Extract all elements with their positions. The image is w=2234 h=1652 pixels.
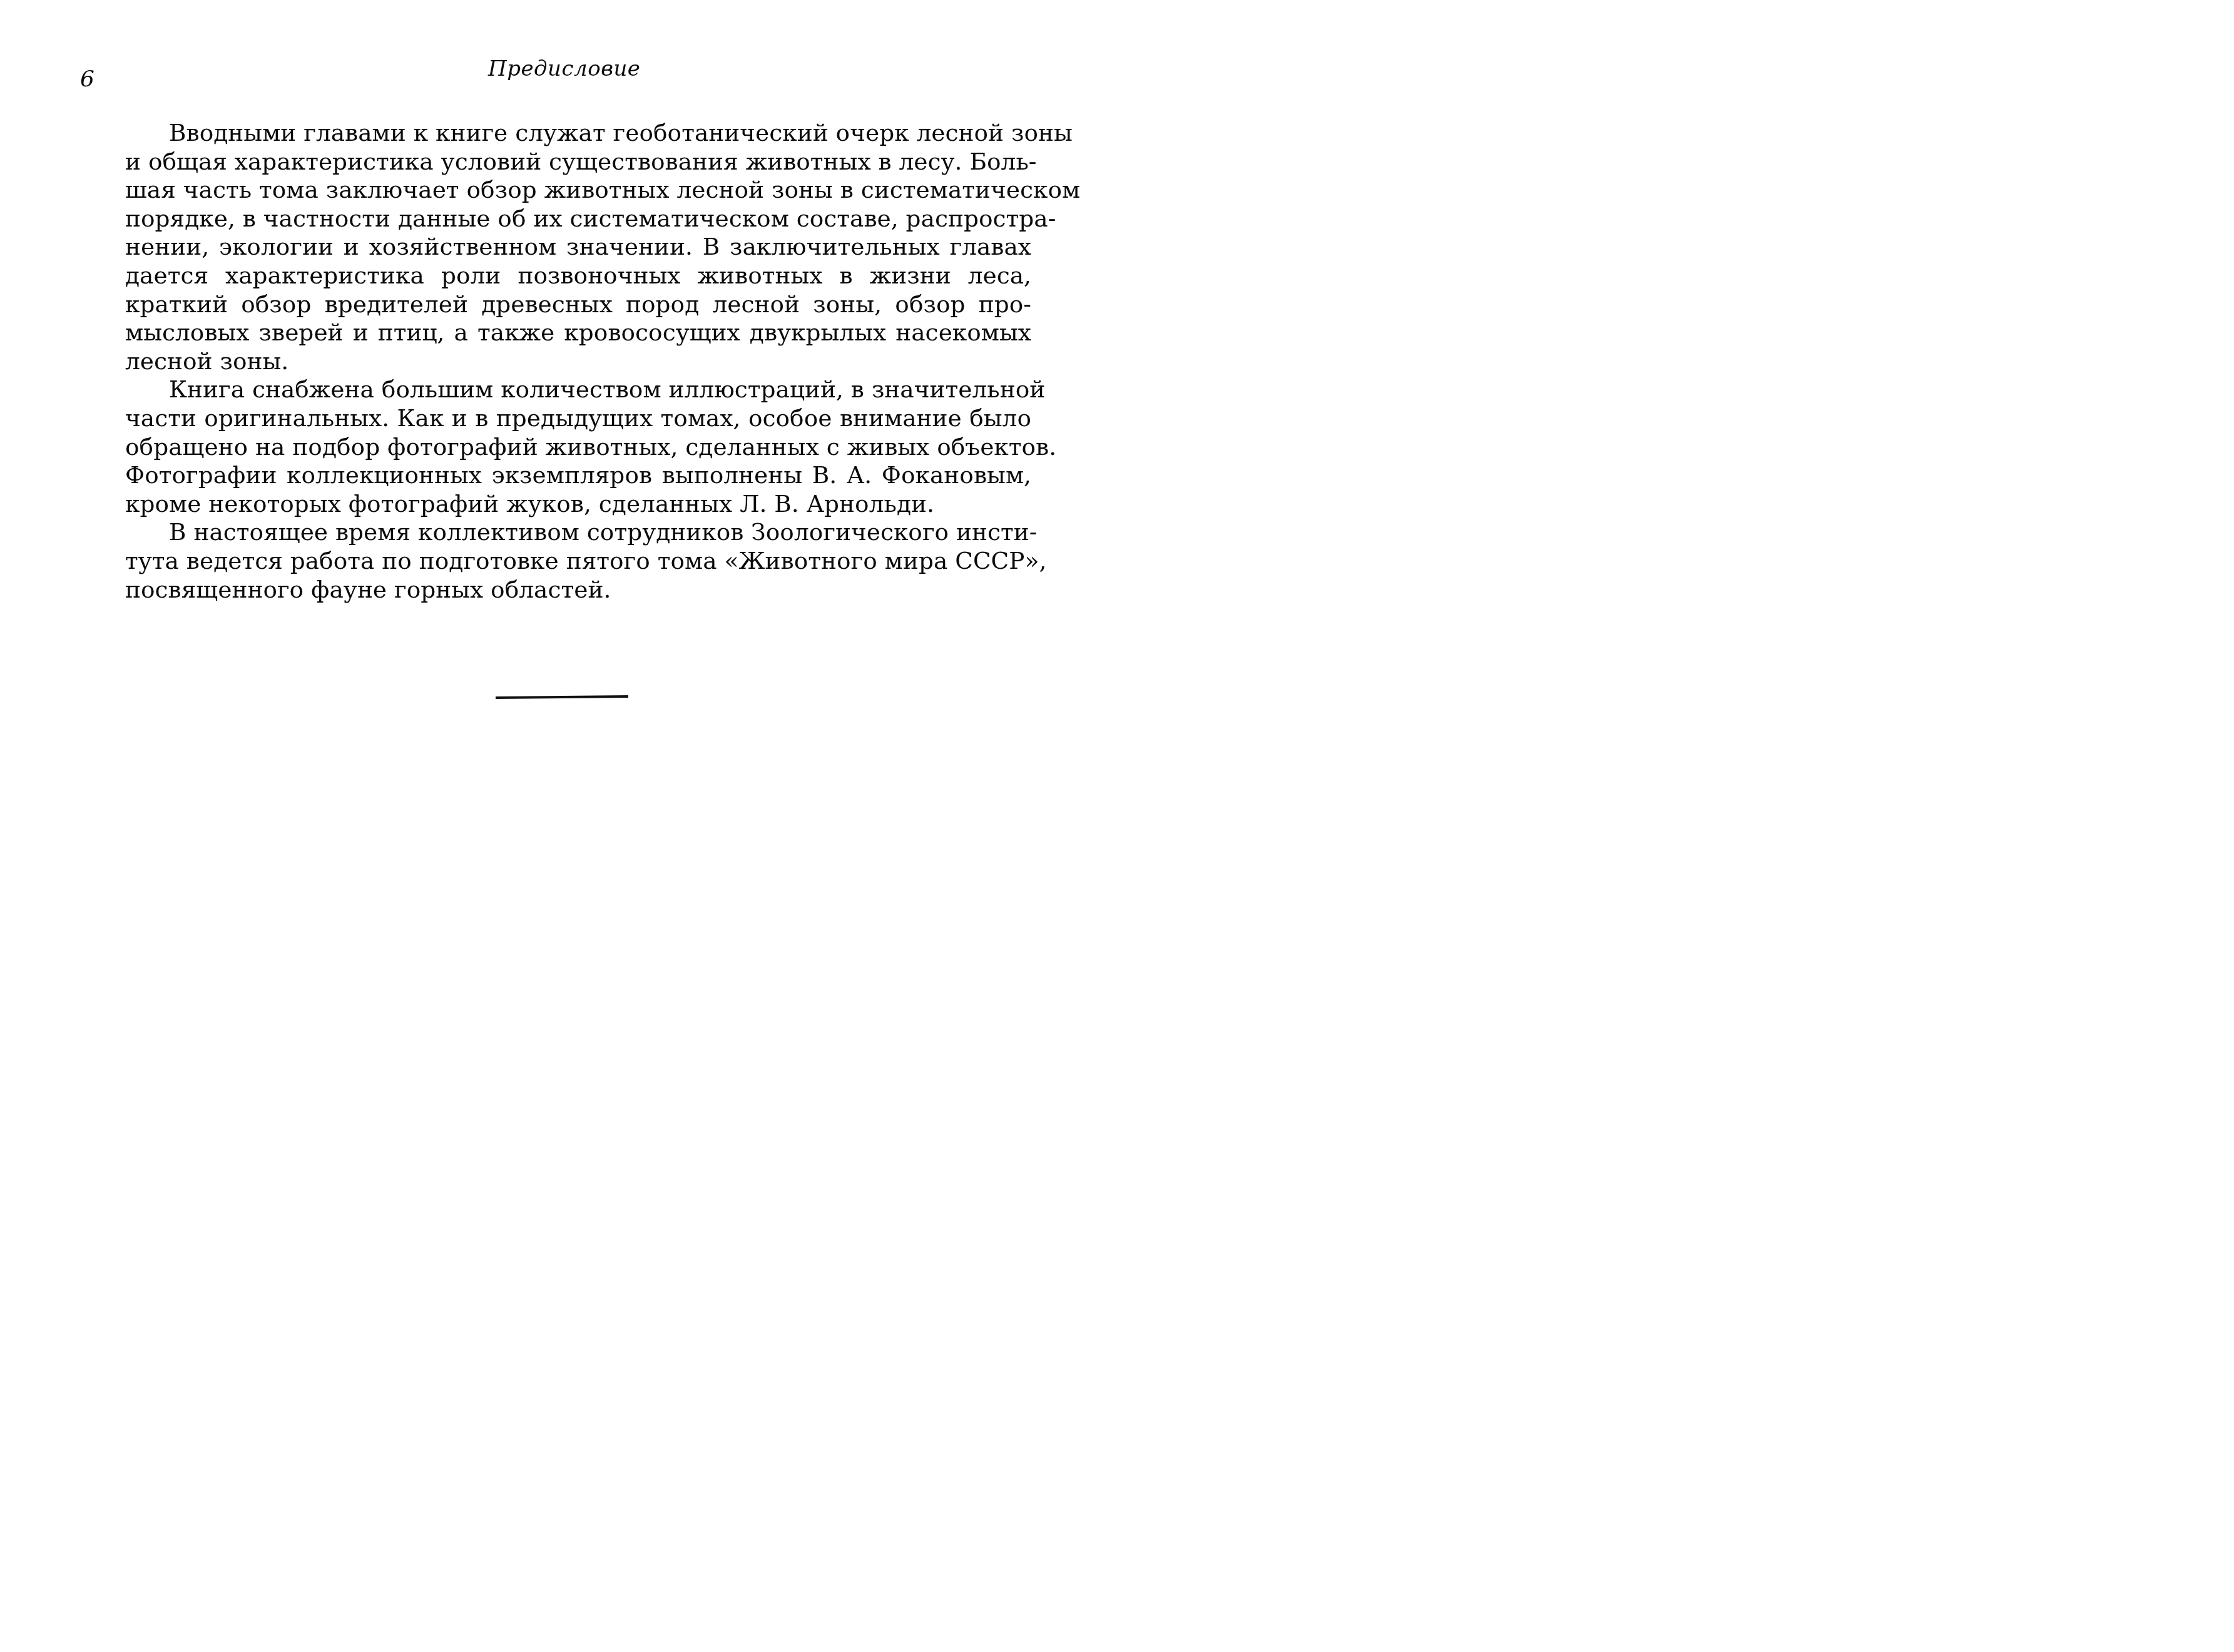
text-line: посвященного фауне горных областей. (125, 576, 1031, 604)
text-line: Книга снабжена большим количеством иллюс… (125, 375, 1031, 404)
paragraph: В настоящее время коллективом сотруднико… (125, 518, 1031, 604)
text-line: нении, экологии и хозяйственном значении… (125, 233, 1031, 262)
text-line: обращено на подбор фотографий животных, … (125, 433, 1031, 462)
left-page: 6 Предисловие Вводными главами к книге с… (0, 0, 1117, 1652)
text-line: части оригинальных. Как и в предыдущих т… (125, 404, 1031, 433)
text-line: дается характеристика роли позвоночных ж… (125, 262, 1031, 290)
text-line: порядке, в частности данные об их систем… (125, 205, 1031, 233)
text-line: мысловых зверей и птиц, а также кровосос… (125, 319, 1031, 347)
text-line: тута ведется работа по подготовке пятого… (125, 547, 1031, 576)
text-line: Фотографии коллекционных экземпляров вып… (125, 461, 1031, 490)
text-line: кроме некоторых фотографий жуков, сделан… (125, 490, 1031, 519)
running-head: Предисловие (488, 56, 640, 81)
paragraph: Книга снабжена большим количеством иллюс… (125, 375, 1031, 518)
preface-body: Вводными главами к книге служат геоботан… (125, 119, 1031, 604)
text-line: и общая характеристика условий существов… (125, 148, 1031, 176)
text-line: В настоящее время коллективом сотруднико… (125, 518, 1031, 547)
right-page: РАСТИТЕЛЬНОСТЬ ЛЕСНОЙ ЗОНЫ В. Б. СОЧАВА … (1117, 0, 2234, 1652)
text-line: Вводными главами к книге служат геоботан… (125, 119, 1031, 148)
section-end-rule (496, 695, 628, 699)
text-line: краткий обзор вредителей древесных пород… (125, 290, 1031, 319)
paragraph: Вводными главами к книге служат геоботан… (125, 119, 1031, 375)
text-line: шая часть тома заключает обзор животных … (125, 176, 1031, 205)
text-line: лесной зоны. (125, 347, 1031, 376)
page-number: 6 (80, 66, 94, 92)
